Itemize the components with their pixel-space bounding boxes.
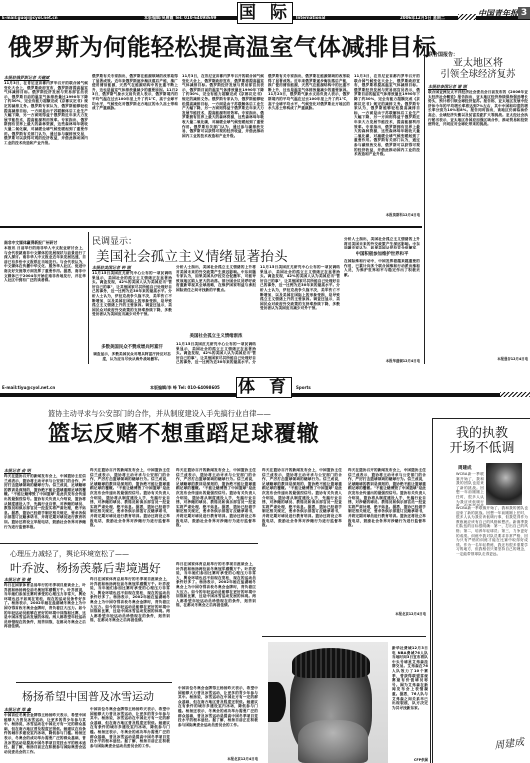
us-story-col4: 分析人士指出，美国社会孤立主义情绪的上升将对美国未来的外交政策产生深远影响。中东… — [344, 237, 420, 249]
us-story-headline: 美国社会孤立主义情绪显著抬头 — [96, 245, 288, 265]
international-email: E-mail:guoji@cyol.net.cn — [2, 16, 58, 20]
photo-top-rule — [262, 636, 426, 637]
section-label-international: 国 际 — [237, 2, 293, 24]
us-story-col2b: 11月15日美国皮尤研究中心公布的一项民调结果显示，美国社会的孤立主义情绪正在显… — [176, 342, 256, 364]
international-lead-col2: 俄罗斯有关专家指出，俄罗斯在能源领域的改革取得了显著成效。近年来俄罗斯逐步淘汰落… — [92, 74, 178, 223]
sports-lead-kicker: 篮协主动寻求与公安部门的合作，并从制度建设入手先搞行业自律—— — [48, 409, 271, 419]
sports-lead-headline: 篮坛反赌不想重蹈足球覆辙 — [48, 421, 319, 449]
story2-kicker: 心理压力减轻了，舆论环境宽松了—— — [10, 549, 129, 559]
paper-name-logo: 中国青年报 — [478, 8, 518, 19]
international-lead-col3: 11月3日，在肯尼亚首都内罗毕召开的联合国气候变化大会上，俄罗斯政府宣布，俄罗斯… — [182, 74, 264, 223]
international-lead-headline: 俄罗斯为何能轻松提高温室气体减排目标 — [8, 32, 436, 62]
athlete-photo — [268, 642, 388, 763]
us-story-subhead-1-body: 调查显示，多数美国民众对增兵阿富汗持反对态度，认为应当尽快从海外战场撤军。 — [92, 352, 172, 364]
photo-credit: CFP供图 — [392, 757, 428, 762]
us-story-subhead-1: 多数美国民众不赞成增兵阿富汗 — [92, 344, 172, 350]
sports-email: E-mail:tiyu@cyol.net.cn — [2, 386, 55, 390]
sports-lead-col4: 昨天在篮协召开的新闻发布会上，中国篮协主任信兰成表示，篮协将主动寻求与公安部门的… — [262, 468, 342, 618]
story2-col3: 昨日在国家体育总局举行的冬季项目座谈会上，叶乔波和杨扬两位前冬奥冠军感慨万千。叶… — [176, 562, 256, 678]
sports-editor: 本版编辑/李 峥 Tel: 010-64098605 — [150, 386, 220, 390]
section-label-sports: 体 育 — [236, 377, 292, 398]
story2-headline: 叶乔波、杨扬羡慕后辈境遇好 — [10, 560, 161, 576]
international-editor: 本版编辑/吴晨霞 Tel: 010-64098699 — [144, 16, 216, 20]
column-byline: 周建成 — [458, 465, 472, 471]
international-mid-rule — [0, 226, 422, 228]
sports-hatch-decoration — [500, 392, 530, 397]
photo-bg-dark — [268, 682, 286, 722]
column-body-top: WCBA新一季联赛开始了，我和我的团队也迎来了新的挑战。回想一年前刚刚上任时，很… — [456, 472, 484, 506]
story2-col2: 昨日在国家体育总局举行的冬季项目座谈会上，叶乔波和杨扬两位前冬奥冠军感慨万千。叶… — [90, 577, 170, 679]
us-story-col1: 11月15日美国皮尤研究中心公布的一项民调结果显示，美国社会的孤立主义情绪正在显… — [92, 271, 172, 337]
side-story-source: 本报曼谷12月4日电 — [428, 356, 528, 361]
brief-divider — [88, 232, 89, 364]
us-story-subhead-3: 中国积极参加维护世界和平 — [344, 251, 420, 257]
us-story-col3: 11月15日美国皮尤研究中心公布的一项民调结果显示，美国社会的孤立主义情绪正在显… — [260, 265, 340, 364]
story3-source: 本报北京12月4日电 — [178, 756, 258, 761]
sports-lead-col5: 昨天在篮协召开的新闻发布会上，中国篮协主任信兰成表示，篮协将主动寻求与公安部门的… — [348, 468, 426, 608]
page-number-badge: 3 — [518, 7, 530, 19]
brief-body: 本报讯 日前举行的南非华人中文报业研讨会上，与会代表就南非中文媒体的发展现状与前… — [4, 246, 86, 366]
international-lead-col1: 11月3日，在肯尼亚首都内罗毕召开的联合国气候变化大会上，俄罗斯政府宣布，俄罗斯… — [4, 81, 88, 223]
side-story-divider — [424, 46, 425, 364]
photo-hand — [298, 720, 368, 763]
story3-top-rule — [16, 682, 172, 683]
story3-col3: 中国首位冬奥会金牌得主杨扬昨天表示，希望中国能够大力普及冰雪运动，让更多的青少年… — [178, 686, 258, 754]
story2-top-rule — [0, 543, 258, 544]
international-lead-source: 本报莫斯科12月4日电 — [354, 212, 420, 217]
side-story-headline-1: 亚太地区将 — [428, 58, 528, 69]
us-story-subhead-3-body: 在国际维和行动中，中国发挥着越来越重要的作用，已累计向多个联合国维和行动派出维和… — [344, 259, 420, 357]
date-line: 2006年12月5日 星期二 — [400, 16, 445, 20]
us-story-source: 本报华盛顿12月4日电 — [344, 358, 420, 363]
photo-caption: 新华社费城12月3日电 NBA费城76人队当地时间3日宣布将队中头号球星艾弗森挂… — [392, 646, 428, 754]
column-author-photo — [486, 463, 522, 505]
sports-lead-col1: 昨天在篮协召开的新闻发布会上，中国篮协主任信兰成表示，篮协将主动寻求与公安部门的… — [4, 474, 86, 530]
column-headline-1: 我的执教 — [434, 426, 530, 441]
photo-hair — [292, 648, 370, 678]
column-body: WCBA新一季联赛开始了，我和我的团队也迎来了新的挑战。回想一年前刚刚上任时，很… — [456, 506, 528, 746]
side-story-label: 联合国报告： — [428, 51, 458, 58]
us-story-col2: 分析人士指出，美国社会孤立主义情绪的上升将对美国未来的外交政策产生深远影响。中东… — [176, 265, 256, 329]
side-story-headline-2: 引领全球经济复苏 — [426, 69, 530, 80]
international-lead-col4: 俄罗斯有关专家指出，俄罗斯在能源领域的改革取得了显著成效。近年来俄罗斯逐步淘汰落… — [268, 74, 350, 223]
story3-col2: 中国首位冬奥会金牌得主杨扬昨天表示，希望中国能够大力普及冰雪运动，让更多的青少年… — [90, 707, 170, 763]
us-story-subhead-2: 美国社会孤立主义情绪渐浓 — [176, 333, 256, 339]
story2-col1: 昨日在国家体育总局举行的冬季项目座谈会上，叶乔波和杨扬两位前冬奥冠军感慨万千。叶… — [4, 583, 86, 679]
photo-column-divider — [430, 590, 431, 763]
sports-lead-source: 本报北京12月4日电 — [348, 611, 426, 616]
side-story-body: 联合国亚洲及太平洋经济社会委员会日前发布的《2006年亚太经济社会概览》报告指出… — [428, 90, 528, 352]
story3-col1: 中国首位冬奥会金牌得主杨扬昨天表示，希望中国能够大力普及冰雪运动，让更多的青少年… — [4, 713, 86, 763]
international-lead-col5: 11月3日，在肯尼亚首都内罗毕召开的联合国气候变化大会上，俄罗斯政府宣布，俄罗斯… — [354, 74, 420, 210]
column-headline-2: 开场不低调 — [434, 441, 530, 456]
sports-lead-col2: 昨天在篮协召开的新闻发布会上，中国篮协主任信兰成表示，篮协将主动寻求与公安部门的… — [90, 468, 170, 530]
page-number: 3 — [521, 8, 527, 18]
sports-section-en: Sports — [296, 386, 311, 390]
international-section-en: International — [296, 16, 325, 20]
header-hatch-decoration — [458, 14, 476, 20]
story3-headline: 杨扬希望中国普及冰雪运动 — [22, 688, 154, 704]
